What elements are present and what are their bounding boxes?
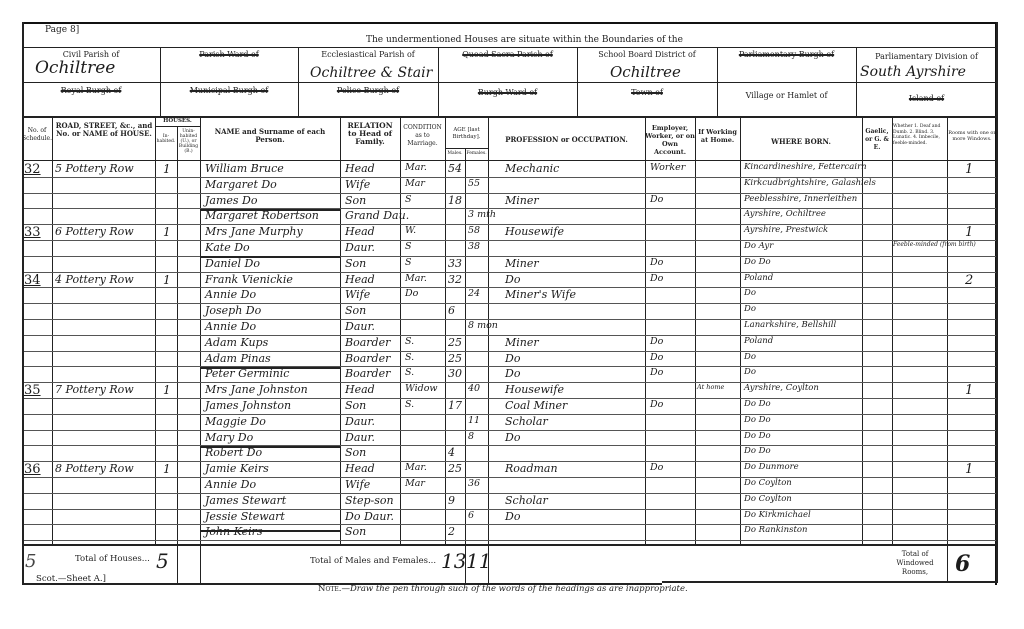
relation: Step-son bbox=[345, 494, 394, 507]
col-divider bbox=[645, 116, 646, 545]
male-age: 25 bbox=[448, 336, 462, 349]
female-age: 8 bbox=[468, 431, 474, 442]
person-name: Mary Do bbox=[205, 431, 253, 444]
person-name: Maggie Do bbox=[205, 415, 266, 428]
person-name: Annie Do bbox=[205, 478, 256, 491]
male-age: 25 bbox=[448, 462, 462, 475]
birthplace: Do Coylton bbox=[744, 478, 792, 488]
address: 5 Pottery Row bbox=[55, 162, 134, 175]
person-name: William Bruce bbox=[205, 162, 284, 175]
houses-tally: 5 bbox=[25, 551, 36, 572]
birthplace: Lanarkshire, Bellshill bbox=[744, 320, 836, 330]
burgh-ward-label: Burgh Ward of bbox=[438, 88, 577, 97]
row-rule bbox=[22, 540, 997, 541]
male-age: 30 bbox=[448, 367, 462, 380]
birthplace: Kirkcudbrightshire, Galashiels bbox=[744, 178, 876, 188]
totals-top-line bbox=[22, 544, 997, 546]
female-age: 58 bbox=[468, 225, 480, 236]
male-age: 18 bbox=[448, 194, 462, 207]
address: 4 Pottery Row bbox=[55, 273, 134, 286]
person-name: Margaret Do bbox=[205, 178, 277, 191]
totals-bottom-line bbox=[662, 581, 997, 583]
divider bbox=[155, 126, 200, 127]
col-uninhabited: Unin-habited (U.), or Building (B.) bbox=[177, 129, 200, 154]
royal-burgh-label: Royal Burgh of bbox=[22, 86, 160, 95]
male-age: 9 bbox=[448, 494, 455, 507]
employer-status: Do bbox=[650, 194, 663, 205]
relation: Son bbox=[345, 194, 366, 207]
person-name: Jamie Keirs bbox=[205, 462, 269, 475]
col-divider bbox=[740, 116, 741, 545]
footer-note-text: Draw the pen through such of the words o… bbox=[350, 584, 688, 594]
condition: S. bbox=[405, 336, 414, 347]
employer-status: Do bbox=[650, 367, 663, 378]
relation: Head bbox=[345, 383, 375, 396]
male-age: 54 bbox=[448, 162, 462, 175]
occupation: Miner bbox=[505, 257, 539, 270]
relation: Wife bbox=[345, 288, 370, 301]
employer-status: Worker bbox=[650, 162, 685, 173]
birthplace: Kincardineshire, Fettercairn bbox=[744, 162, 867, 172]
col-divider bbox=[947, 116, 948, 583]
ecclesiastical-parish-value: Ochiltree & Stair bbox=[310, 65, 432, 81]
total-rooms-label: Total of Windowed Rooms, bbox=[885, 550, 945, 577]
footer-note: Note.—Draw the pen through such of the w… bbox=[318, 584, 688, 594]
working-at-home: At home bbox=[697, 383, 724, 391]
town-label: Town of bbox=[577, 88, 717, 97]
relation: Son bbox=[345, 399, 366, 412]
person-name: Mrs Jane Johnston bbox=[205, 383, 308, 396]
relation: Boarder bbox=[345, 352, 390, 365]
male-age: 17 bbox=[448, 399, 462, 412]
condition: S. bbox=[405, 367, 414, 378]
female-age: 6 bbox=[468, 510, 474, 521]
col-divider bbox=[177, 126, 178, 583]
inhabited-count: 1 bbox=[163, 162, 171, 176]
condition: Mar bbox=[405, 478, 425, 489]
rooms-count: 1 bbox=[965, 225, 973, 240]
birthplace: Do Dunmore bbox=[744, 462, 799, 472]
relation: Head bbox=[345, 225, 375, 238]
condition: Mar. bbox=[405, 273, 427, 284]
total-houses-label: Total of Houses... bbox=[75, 554, 150, 564]
female-age: 24 bbox=[468, 288, 480, 299]
police-burgh-label: Police Burgh of bbox=[298, 86, 438, 95]
household-separator bbox=[200, 209, 340, 211]
relation: Wife bbox=[345, 178, 370, 191]
col-divider bbox=[892, 116, 893, 545]
occupation: Miner bbox=[505, 194, 539, 207]
birthplace: Do Do bbox=[744, 431, 771, 441]
occupation: Scholar bbox=[505, 415, 548, 428]
school-board-label: School Board District of bbox=[577, 50, 717, 59]
birthplace: Ayrshire, Ochiltree bbox=[744, 209, 826, 219]
condition: Mar. bbox=[405, 162, 427, 173]
col-divider bbox=[200, 116, 201, 583]
parliamentary-burgh-label: Parliamentary Burgh of bbox=[717, 50, 856, 59]
condition: Do bbox=[405, 288, 418, 299]
occupation: Miner bbox=[505, 336, 539, 349]
birthplace: Do Kirkmichael bbox=[744, 510, 811, 520]
relation: Do Daur. bbox=[345, 510, 394, 523]
male-age: 6 bbox=[448, 304, 455, 317]
condition: Mar bbox=[405, 178, 425, 189]
birthplace: Do bbox=[744, 352, 756, 362]
col-where-born: WHERE BORN. bbox=[742, 138, 860, 146]
person-name: Kate Do bbox=[205, 241, 250, 254]
col-divider bbox=[340, 116, 341, 545]
female-age: 40 bbox=[468, 383, 480, 394]
relation: Son bbox=[345, 304, 366, 317]
relation: Son bbox=[345, 257, 366, 270]
relation: Daur. bbox=[345, 320, 375, 333]
female-age: 11 bbox=[468, 415, 480, 426]
person-name: Annie Do bbox=[205, 288, 256, 301]
schedule-number: 35 bbox=[24, 383, 41, 398]
col-divider bbox=[52, 116, 53, 545]
female-age: 36 bbox=[468, 478, 480, 489]
employer-status: Do bbox=[650, 336, 663, 347]
col-gaelic: Gaelic, or G. & E. bbox=[862, 128, 892, 152]
inhabited-count: 1 bbox=[163, 225, 171, 239]
occupation: Scholar bbox=[505, 494, 548, 507]
rooms-count: 1 bbox=[965, 383, 973, 398]
row-rule bbox=[22, 208, 997, 209]
occupation: Miner's Wife bbox=[505, 288, 576, 301]
person-name: Frank Vienickie bbox=[205, 273, 293, 286]
col-divider bbox=[488, 116, 489, 583]
employer-status: Do bbox=[650, 352, 663, 363]
male-age: 33 bbox=[448, 257, 462, 270]
occupation: Housewife bbox=[505, 383, 564, 396]
person-name: James Stewart bbox=[205, 494, 286, 507]
schedule-number: 33 bbox=[24, 225, 41, 240]
village-hamlet-label: Village or Hamlet of bbox=[717, 91, 856, 100]
occupation: Do bbox=[505, 431, 520, 444]
occupation: Coal Miner bbox=[505, 399, 567, 412]
municipal-burgh-label: Municipal Burgh of bbox=[160, 86, 298, 95]
occupation: Housewife bbox=[505, 225, 564, 238]
condition: S. bbox=[405, 352, 414, 363]
person-name: Mrs Jane Murphy bbox=[205, 225, 303, 238]
relation: Daur. bbox=[345, 431, 375, 444]
person-name: James Do bbox=[205, 194, 258, 207]
birthplace: Ayrshire, Prestwick bbox=[744, 225, 828, 235]
inhabited-count: 1 bbox=[163, 462, 171, 476]
person-name: James Johnston bbox=[205, 399, 291, 412]
parish-ward-label: Parish Ward of bbox=[160, 50, 298, 59]
relation: Son bbox=[345, 446, 366, 459]
birthplace: Do bbox=[744, 304, 756, 314]
household-separator bbox=[200, 530, 340, 532]
condition: S. bbox=[405, 399, 414, 410]
person-name: Jessie Stewart bbox=[205, 510, 285, 523]
sheet-footer: Scot.—Sheet A.] bbox=[36, 574, 106, 584]
row-rule bbox=[22, 240, 997, 241]
occupation: Do bbox=[505, 367, 520, 380]
right-border bbox=[996, 22, 998, 583]
total-houses-value: 5 bbox=[156, 549, 169, 573]
male-age: 2 bbox=[448, 525, 455, 538]
col-working-home: If Working at Home. bbox=[695, 128, 740, 144]
female-age: 38 bbox=[468, 241, 480, 252]
occupation: Do bbox=[505, 273, 520, 286]
male-age: 4 bbox=[448, 446, 455, 459]
col-road: ROAD, STREET, &c., and No. or NAME of HO… bbox=[55, 122, 153, 138]
relation: Daur. bbox=[345, 241, 375, 254]
total-females-value: 11 bbox=[466, 549, 491, 573]
island-label: Island of bbox=[856, 94, 997, 103]
total-rooms-value: 6 bbox=[955, 551, 970, 577]
person-name: Annie Do bbox=[205, 320, 256, 333]
col-infirmity: Whether 1. Deaf and Dumb. 2. Blind. 3. L… bbox=[893, 124, 947, 146]
condition: Mar. bbox=[405, 462, 427, 473]
birthplace: Do Do bbox=[744, 415, 771, 425]
person-name: Daniel Do bbox=[205, 257, 260, 270]
birthplace: Do Do bbox=[744, 446, 771, 456]
ecclesiastical-parish-label: Ecclesiastical Parish of bbox=[298, 50, 438, 59]
household-separator bbox=[200, 256, 340, 258]
employer-status: Do bbox=[650, 257, 663, 268]
col-divider bbox=[400, 116, 401, 545]
relation: Head bbox=[345, 462, 375, 475]
birthplace: Poland bbox=[744, 336, 773, 346]
birthplace: Ayrshire, Coylton bbox=[744, 383, 819, 393]
rooms-count: 2 bbox=[965, 273, 973, 288]
col-divider bbox=[695, 116, 696, 545]
col-houses: HOUSES. bbox=[155, 117, 200, 125]
school-board-value: Ochiltree bbox=[610, 63, 681, 81]
occupation: Roadman bbox=[505, 462, 558, 475]
occupation: Mechanic bbox=[505, 162, 559, 175]
relation: Boarder bbox=[345, 367, 390, 380]
condition: S bbox=[405, 194, 412, 205]
col-inhabited: In-habited. bbox=[155, 134, 177, 144]
quoad-sacra-label: Quoad Sacra Parish of bbox=[438, 50, 577, 59]
total-persons-label: Total of Males and Females... bbox=[310, 556, 436, 566]
schedule-number: 36 bbox=[24, 462, 41, 477]
employer-status: Do bbox=[650, 462, 663, 473]
address: 6 Pottery Row bbox=[55, 225, 134, 238]
relation: Head bbox=[345, 273, 375, 286]
col-schedule: No. of Schedule. bbox=[22, 127, 52, 143]
col-divider bbox=[155, 116, 156, 545]
col-divider bbox=[445, 116, 446, 545]
person-name: Adam Pinas bbox=[205, 352, 271, 365]
female-age: 55 bbox=[468, 178, 480, 189]
parliamentary-division-label: Parliamentary Division of bbox=[856, 52, 997, 61]
col-age: AGE [last Birthday]. bbox=[445, 127, 488, 140]
person-name: Adam Kups bbox=[205, 336, 268, 349]
female-age: 3 mth bbox=[468, 209, 496, 220]
schedule-number: 32 bbox=[24, 162, 41, 177]
footer-note-prefix: Note.— bbox=[318, 584, 350, 594]
birthplace: Do Do bbox=[744, 399, 771, 409]
infirmity: Feeble-minded (from birth) bbox=[893, 241, 976, 248]
left-border bbox=[22, 22, 24, 585]
birthplace: Do Coylton bbox=[744, 494, 792, 504]
employer-status: Do bbox=[650, 399, 663, 410]
employer-status: Do bbox=[650, 273, 663, 284]
parliamentary-division-value: South Ayrshire bbox=[860, 64, 966, 80]
row-rule bbox=[22, 477, 997, 478]
col-name: NAME and Surname of each Person. bbox=[205, 128, 335, 144]
address: 8 Pottery Row bbox=[55, 462, 134, 475]
birthplace: Do Rankinston bbox=[744, 525, 807, 535]
divider bbox=[22, 47, 997, 48]
inhabited-count: 1 bbox=[163, 383, 171, 397]
birthplace: Peeblesshire, Innerleithen bbox=[744, 194, 857, 204]
condition: S bbox=[405, 257, 412, 268]
relation: Son bbox=[345, 525, 366, 538]
condition: W. bbox=[405, 225, 416, 236]
col-males: Males. bbox=[445, 150, 465, 158]
occupation: Do bbox=[505, 510, 520, 523]
row-rule bbox=[22, 319, 997, 320]
birthplace: Do Do bbox=[744, 257, 771, 267]
total-males-value: 13 bbox=[441, 549, 466, 573]
condition: S bbox=[405, 241, 412, 252]
page-label: Page 8] bbox=[45, 25, 79, 35]
col-condition: CONDITION as to Marriage. bbox=[400, 124, 445, 148]
birthplace: Do bbox=[744, 367, 756, 377]
relation: Daur. bbox=[345, 415, 375, 428]
relation: Grand Dau. bbox=[345, 209, 409, 222]
col-employer: Employer, Worker, or on Own Account. bbox=[645, 124, 695, 156]
household-separator bbox=[200, 446, 340, 448]
birthplace: Poland bbox=[744, 273, 773, 283]
col-females: Females. bbox=[465, 150, 488, 158]
boundary-banner: The undermentioned Houses are situate wi… bbox=[366, 35, 683, 45]
relation: Head bbox=[345, 162, 375, 175]
birthplace: Do Ayr bbox=[744, 241, 773, 251]
inhabited-count: 1 bbox=[163, 273, 171, 287]
rooms-count: 1 bbox=[965, 462, 973, 477]
male-age: 32 bbox=[448, 273, 462, 286]
occupation: Do bbox=[505, 352, 520, 365]
col-relation: RELATION to Head of Family. bbox=[342, 122, 398, 146]
civil-parish-value: Ochiltree bbox=[35, 58, 115, 78]
col-occupation: PROFESSION or OCCUPATION. bbox=[490, 136, 643, 144]
divider bbox=[445, 148, 488, 149]
divider bbox=[22, 82, 997, 83]
row-rule bbox=[22, 524, 997, 525]
relation: Wife bbox=[345, 478, 370, 491]
address: 7 Pottery Row bbox=[55, 383, 134, 396]
person-name: Joseph Do bbox=[205, 304, 261, 317]
male-age: 25 bbox=[448, 352, 462, 365]
condition: Widow bbox=[405, 383, 438, 394]
row-rule bbox=[22, 445, 997, 446]
col-rooms: Rooms with one or more Windows. bbox=[947, 130, 997, 142]
female-age: 8 mon bbox=[468, 320, 498, 331]
rooms-count: 1 bbox=[965, 162, 973, 177]
schedule-number: 34 bbox=[24, 273, 41, 288]
header-bottom-line bbox=[22, 160, 997, 161]
relation: Boarder bbox=[345, 336, 390, 349]
birthplace: Do bbox=[744, 288, 756, 298]
household-separator bbox=[200, 367, 340, 369]
row-rule bbox=[22, 303, 997, 304]
